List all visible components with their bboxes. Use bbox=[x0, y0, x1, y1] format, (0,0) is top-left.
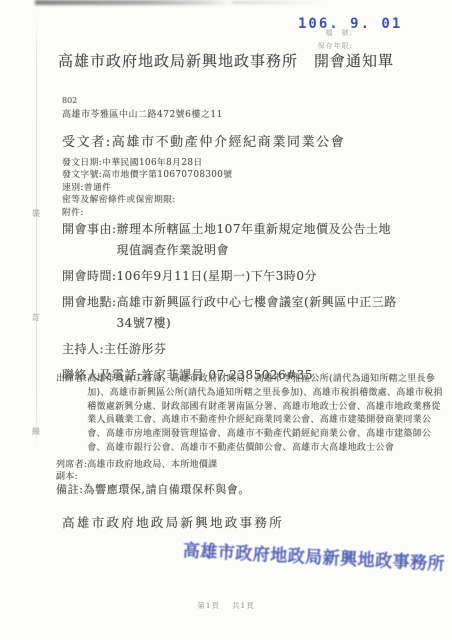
page-total: 共1頁 bbox=[232, 601, 255, 610]
classification-row: 密等及解密條件或保密期限: bbox=[62, 194, 402, 206]
binding-mark-zhuang: 裝 bbox=[32, 208, 42, 219]
binding-mark-xian: 線 bbox=[32, 426, 42, 437]
recipient-line: 受文者:高雄市不動產仲介經紀商業同業公會 bbox=[62, 131, 422, 150]
meeting-time-row: 開會時間:106年9月11日(星期一)下午3時0分 bbox=[62, 266, 400, 287]
office-ink-stamp: 高雄市政府地政局新興地政事務所 bbox=[182, 536, 452, 576]
binding-mark-ding: 訂 bbox=[32, 312, 42, 323]
note-value: 為響應環保,請自備環保杯與會。 bbox=[84, 483, 251, 496]
document-meta: 發文日期:中華民國106年8月28日 發文字號:高市地價字第1067070830… bbox=[62, 157, 402, 219]
page-number: 第1頁 bbox=[197, 601, 220, 610]
meeting-notice-document: 裝 訂 線 106. 9. 01 檔 號: 保存年限: 高雄市政府地政局新興地政… bbox=[0, 0, 452, 640]
meeting-chair-row: 主持人:主任游彤芬 bbox=[62, 339, 400, 360]
recipient-address: 高雄市苓雅區中山二路472號6樓之11 bbox=[62, 107, 223, 120]
binding-fold-line bbox=[36, 8, 37, 454]
issue-date-row: 發文日期:中華民國106年8月28日 bbox=[62, 157, 402, 169]
attendees-paragraph: 出席者:高雄市政府工務局、高雄市政府財政局、高雄市苓雅區公所(請代為通知所轄之里… bbox=[56, 373, 448, 456]
meeting-subject-row: 開會事由:辦理本所轄區土地107年重新規定地價及公告土地現值調查作業說明會 bbox=[62, 219, 400, 261]
doc-number-row: 發文字號:高市地價字第10670708300號 bbox=[62, 169, 402, 181]
page-footer: 第1頁共1頁 bbox=[0, 600, 452, 611]
postal-code: 802 bbox=[62, 96, 77, 105]
document-title: 高雄市政府地政局新興地政事務所 開會通知單 bbox=[0, 50, 452, 71]
scan-smudge-bar bbox=[35, 0, 233, 5]
recipient-label: 受文者: bbox=[62, 135, 112, 150]
recipient-value: 高雄市不動產仲介經紀商業同業公會 bbox=[112, 135, 346, 150]
scan-smudge-bar-light bbox=[232, 1, 327, 4]
issuing-office-line: 高雄市政府地政局新興地政事務所 bbox=[62, 512, 442, 531]
attachment-row: 附件: bbox=[62, 207, 402, 219]
attendees-label: 出席者: bbox=[56, 373, 87, 456]
priority-row: 速別:普通件 bbox=[62, 182, 402, 194]
file-number-label: 檔 號: bbox=[283, 27, 353, 40]
meeting-details: 開會事由:辦理本所轄區土地107年重新規定地價及公告土地現值調查作業說明會 開會… bbox=[62, 219, 400, 391]
note-label: 備註: bbox=[56, 483, 84, 496]
attendees-value: 高雄市政府工務局、高雄市政府財政局、高雄市苓雅區公所(請代為通知所轄之里長參加)… bbox=[87, 373, 448, 456]
note-row: 備註:為響應環保,請自備環保杯與會。 bbox=[56, 481, 446, 497]
meeting-place-row: 開會地點:高雄市新興區行政中心七樓會議室(新興區中正三路34號7樓) bbox=[62, 292, 400, 334]
